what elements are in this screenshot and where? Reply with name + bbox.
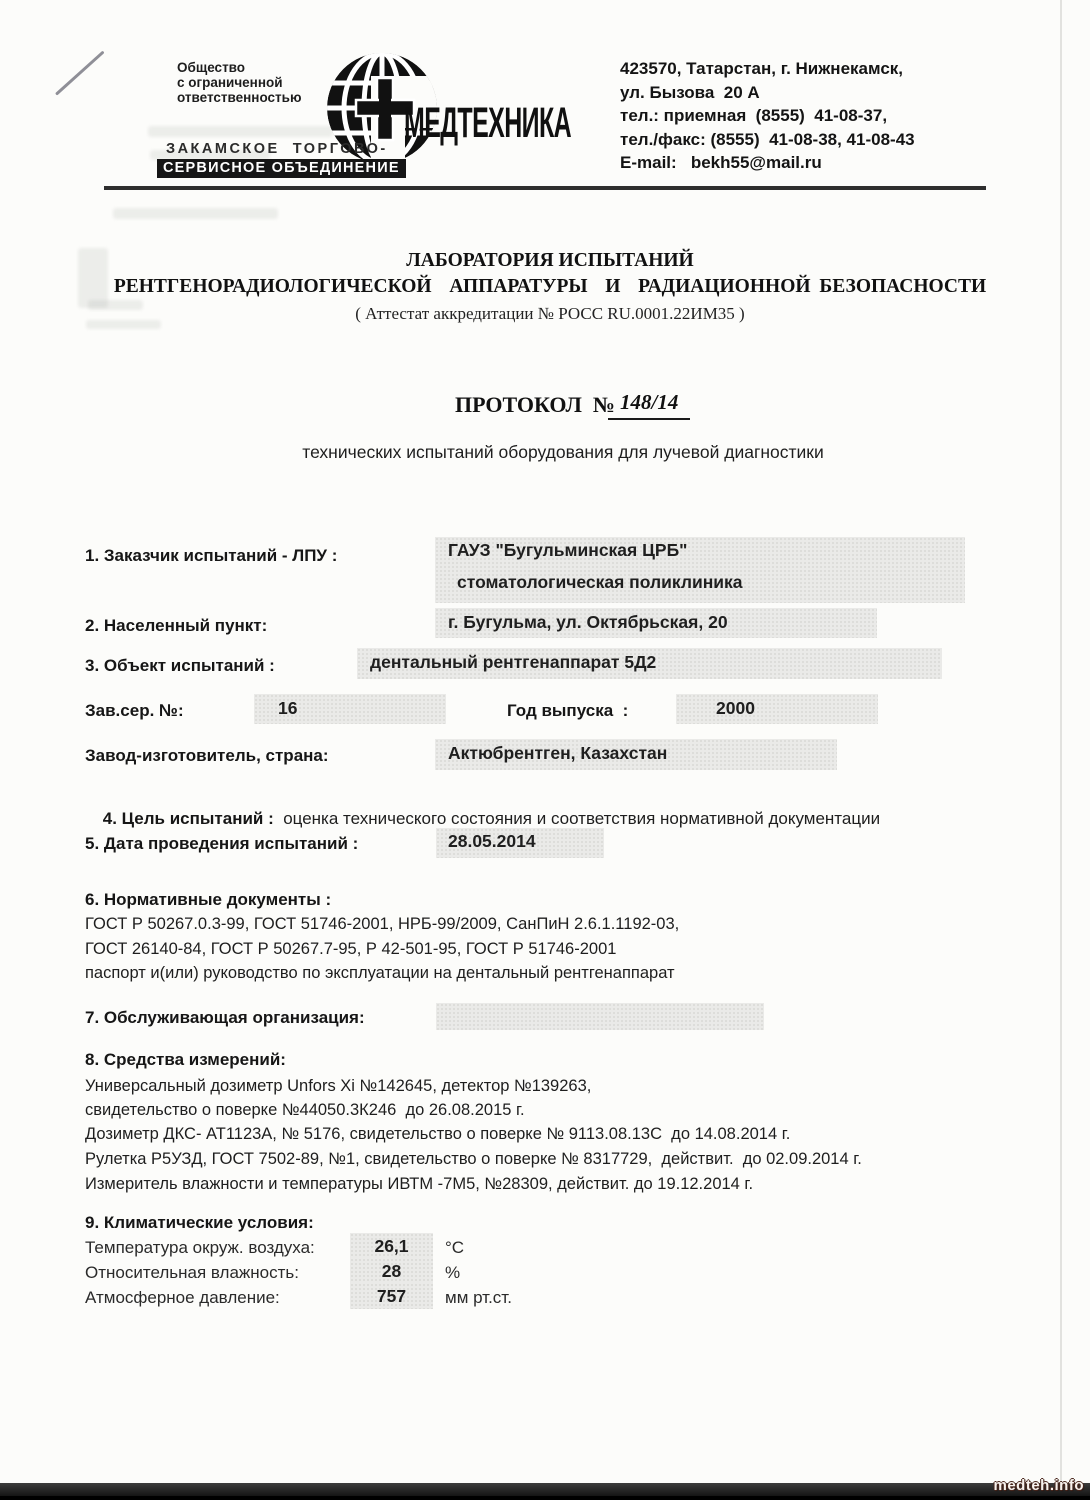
protocol-title: ПРОТОКОЛ № xyxy=(455,392,615,418)
object-value: дентальный рентгенаппарат 5Д2 xyxy=(370,652,656,673)
climate-label: 9. Климатические условия: xyxy=(85,1213,314,1233)
instruments-line: Измеритель влажности и температуры ИВТМ … xyxy=(85,1175,753,1194)
city-value: г. Бугульма, ул. Октябрьская, 20 xyxy=(448,612,728,633)
company-type-block: Общество с ограниченной ответственностью xyxy=(177,60,301,105)
date-label: 5. Дата проведения испытаний : xyxy=(85,834,358,854)
purpose-label: 4. Цель испытаний : xyxy=(103,809,274,828)
instruments-line: свидетельство о поверке №44050.3К246 до … xyxy=(85,1101,525,1120)
address-line: ул. Бызова 20 А xyxy=(620,81,915,105)
scan-bottom-edge xyxy=(0,1483,1090,1496)
temperature-unit: °С xyxy=(445,1238,464,1258)
manufacturer-value: Актюбрентген, Казахстан xyxy=(448,743,667,764)
scanned-protocol-document: Общество с ограниченной ответственностью… xyxy=(0,0,1090,1500)
year-value: 2000 xyxy=(716,698,755,719)
pressure-label: Атмосферное давление: xyxy=(85,1288,280,1308)
lab-title-line2: РЕНТГЕНОРАДИОЛОГИЧЕСКОЙ АППАРАТУРЫ И РАД… xyxy=(0,276,1090,298)
humidity-value: 28 xyxy=(350,1261,433,1282)
customer-label: 1. Заказчик испытаний - ЛПУ : xyxy=(85,546,337,566)
service-org-label: 7. Обслуживающая организация: xyxy=(85,1008,365,1028)
purpose-value: оценка технического состояния и соответс… xyxy=(283,809,880,828)
normative-line: ГОСТ 26140-84, ГОСТ Р 50267.7-95, Р 42-5… xyxy=(85,940,616,959)
instruments-line: Дозиметр ДКС- АТ1123А, № 5176, свидетель… xyxy=(85,1125,790,1144)
year-label: Год выпуска : xyxy=(507,701,628,721)
address-line: E-mail: bekh55@mail.ru xyxy=(620,151,915,175)
company-type-line: с ограниченной xyxy=(177,75,301,90)
instruments-label: 8. Средства измерений: xyxy=(85,1050,286,1070)
manufacturer-label: Завод-изготовитель, страна: xyxy=(85,746,329,766)
pressure-value: 757 xyxy=(350,1286,433,1307)
pressure-unit: мм рт.ст. xyxy=(445,1288,512,1308)
scan-bottom-edge-dark xyxy=(0,1496,1090,1500)
temperature-label: Температура окруж. воздуха: xyxy=(85,1238,315,1258)
temperature-value: 26,1 xyxy=(350,1236,433,1257)
bleed-through-artifact xyxy=(148,126,333,137)
watermark: medteh.info xyxy=(994,1477,1085,1494)
normative-label: 6. Нормативные документы : xyxy=(85,890,331,910)
org-name-line2: СЕРВИСНОЕ ОБЪЕДИНЕНИЕ xyxy=(157,159,406,178)
address-block: 423570, Татарстан, г. Нижнекамск, ул. Бы… xyxy=(620,57,915,175)
bleed-through-artifact xyxy=(113,208,278,219)
page-edge-shadow xyxy=(1060,0,1062,1484)
normative-line: ГОСТ Р 50267.0.3-99, ГОСТ 51746-2001, НР… xyxy=(85,915,679,934)
service-org-field xyxy=(436,1003,764,1030)
org-name-line1: ЗАКАМСКОЕ ТОРГОВО- xyxy=(166,141,388,157)
address-line: тел./факс: (8555) 41-08-38, 41-08-43 xyxy=(620,128,915,152)
accreditation-note: ( Аттестат аккредитации № РОСС RU.0001.2… xyxy=(0,304,1090,324)
pen-mark xyxy=(55,51,105,96)
address-line: 423570, Татарстан, г. Нижнекамск, xyxy=(620,57,915,81)
brand-logotype: МЕДТЕХНИКА xyxy=(404,99,571,148)
humidity-unit: % xyxy=(445,1263,460,1283)
year-field xyxy=(676,694,878,724)
header-divider xyxy=(104,186,986,190)
date-value: 28.05.2014 xyxy=(448,831,536,852)
serial-label: Зав.сер. №: xyxy=(85,701,184,721)
protocol-number: 148/14 xyxy=(608,390,690,420)
instruments-line: Рулетка Р5УЗД, ГОСТ 7502-89, №1, свидете… xyxy=(85,1150,862,1169)
instruments-line: Универсальный дозиметр Unfors Xi №142645… xyxy=(85,1077,591,1096)
lab-title-line1: ЛАБОРАТОРИЯ ИСПЫТАНИЙ xyxy=(0,250,1090,272)
serial-value: 16 xyxy=(278,698,297,719)
normative-line: паспорт и(или) руководство по эксплуатац… xyxy=(85,964,675,983)
customer-value-line2: стоматологическая поликлиника xyxy=(457,572,743,593)
protocol-subtitle: технических испытаний оборудования для л… xyxy=(18,442,1090,463)
address-line: тел.: приемная (8555) 41-08-37, xyxy=(620,104,915,128)
object-label: 3. Объект испытаний : xyxy=(85,656,275,676)
city-label: 2. Населенный пункт: xyxy=(85,616,267,636)
company-type-line: ответственностью xyxy=(177,90,301,105)
company-type-line: Общество xyxy=(177,60,301,75)
humidity-label: Относительная влажность: xyxy=(85,1263,299,1283)
customer-value-line1: ГАУЗ "Бугульминская ЦРБ" xyxy=(448,540,687,561)
